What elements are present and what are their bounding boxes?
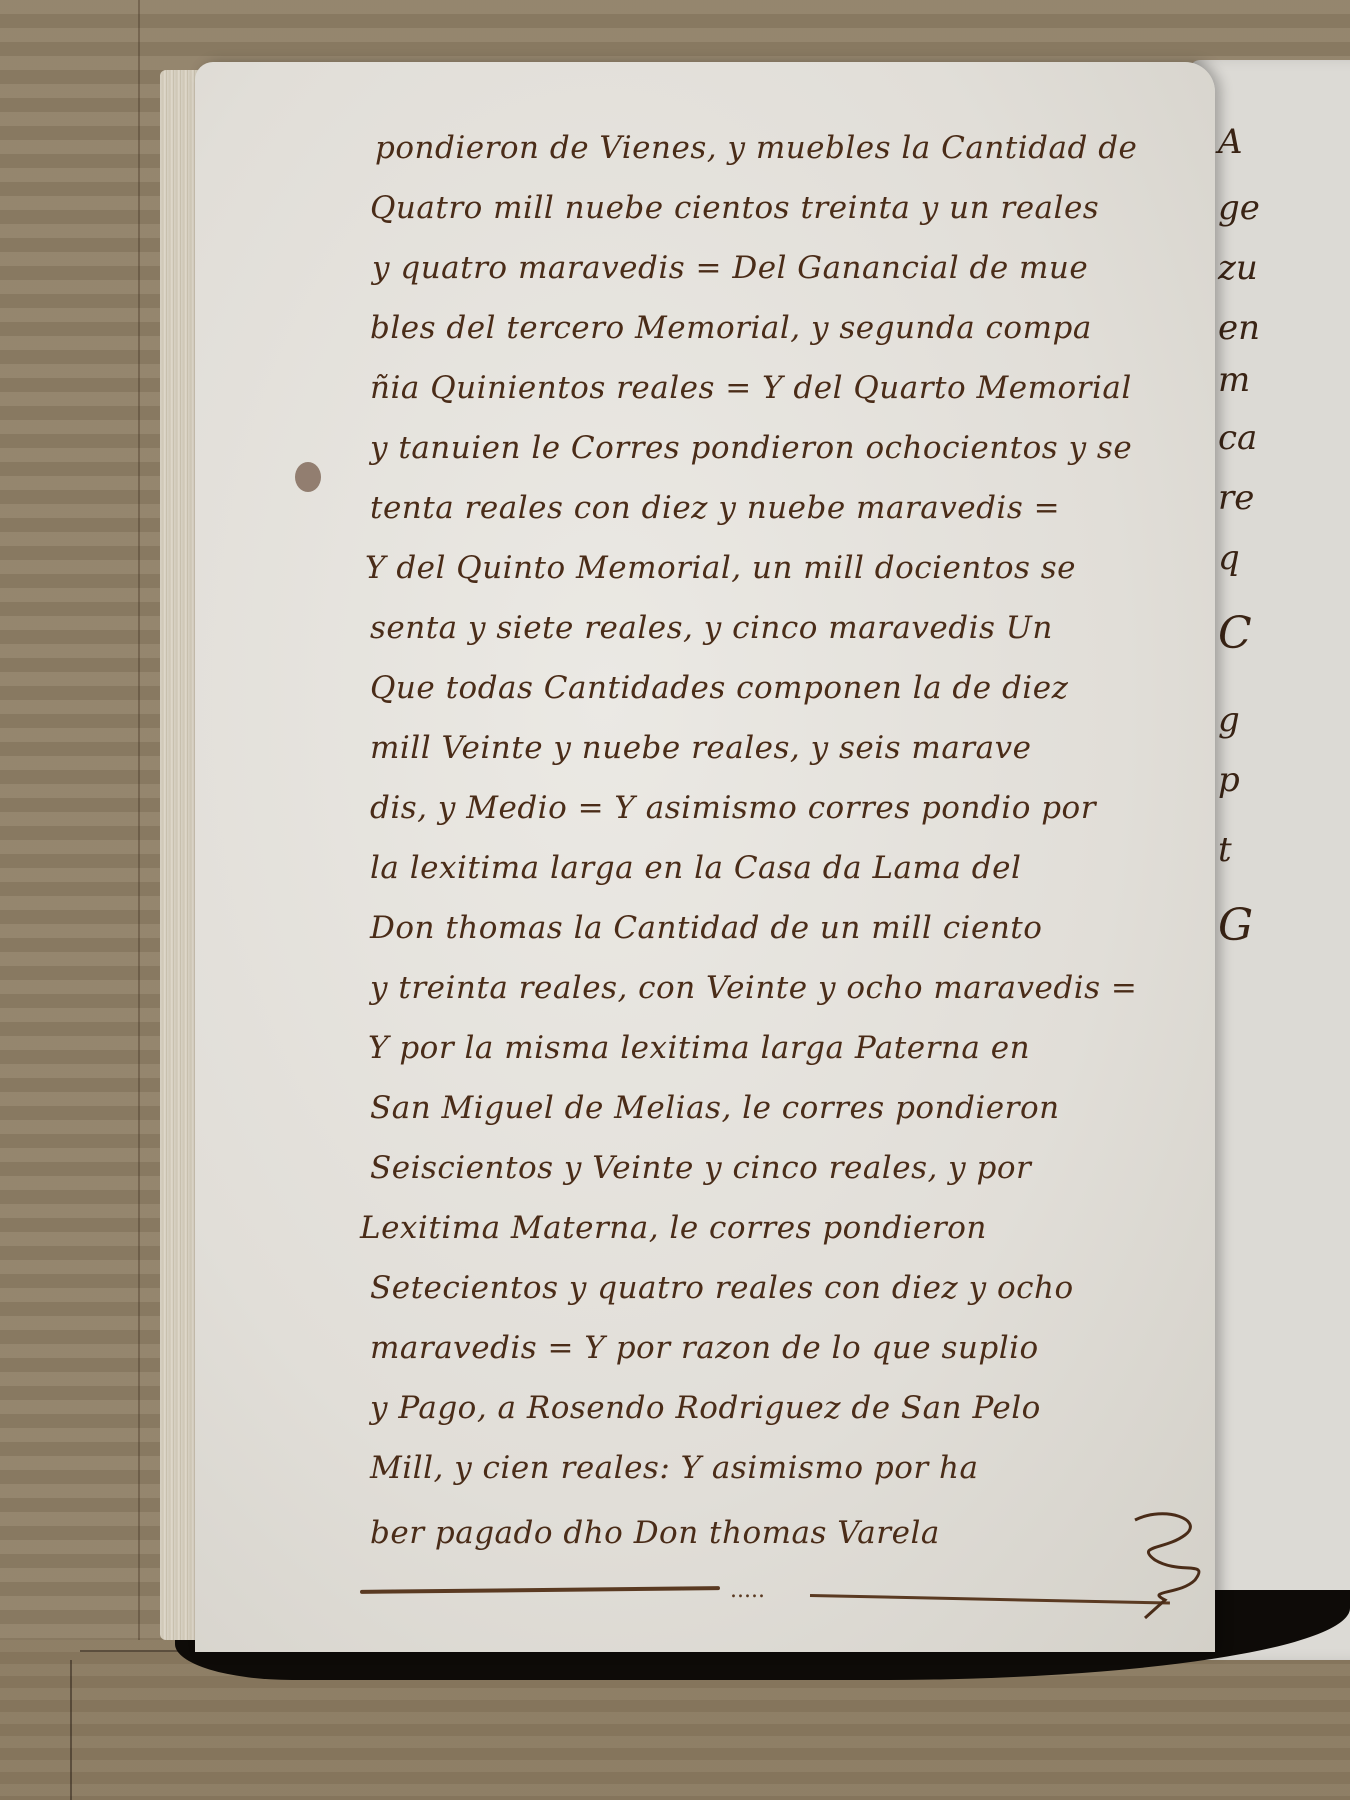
text-line: Y por la misma lexitima larga Paterna en	[368, 1030, 1030, 1066]
text-line: senta y siete reales, y cinco maravedis …	[370, 610, 1053, 646]
text-line: y Pago, a Rosendo Rodriguez de San Pelo	[370, 1390, 1041, 1426]
text-line: Lexitima Materna, le corres pondieron	[360, 1210, 987, 1246]
cardboard-flap-edge-vertical	[70, 1660, 72, 1800]
text-line: y quatro maravedis = Del Ganancial de mu…	[372, 250, 1088, 286]
text-line: tenta reales con diez y nuebe maravedis …	[370, 490, 1060, 526]
text-line: bles del tercero Memorial, y segunda com…	[370, 310, 1092, 346]
facing-page-fragment: re	[1218, 478, 1254, 518]
facing-page-fragment: zu	[1218, 248, 1258, 288]
facing-page-fragment: A	[1218, 122, 1243, 162]
text-line: y tanuien le Corres pondieron ochociento…	[370, 430, 1132, 466]
text-line: ber pagado dho Don thomas Varela	[370, 1515, 940, 1551]
facing-page-fragment: G	[1218, 900, 1253, 951]
text-line: ñia Quinientos reales = Y del Quarto Mem…	[370, 370, 1132, 406]
facing-page-fragment: p	[1218, 760, 1240, 800]
text-line: Mill, y cien reales: Y asimismo por ha	[370, 1450, 979, 1486]
text-line: y treinta reales, con Veinte y ocho mara…	[370, 970, 1137, 1006]
facing-page-fragment: q	[1218, 538, 1240, 578]
text-line: Setecientos y quatro reales con diez y o…	[370, 1270, 1074, 1306]
text-line: la lexitima larga en la Casa da Lama del	[370, 850, 1021, 886]
text-line: Que todas Cantidades componen la de diez	[370, 670, 1068, 706]
facing-page-fragment: C	[1218, 608, 1252, 659]
flourish-rubric-icon	[1125, 1500, 1215, 1620]
text-line: Don thomas la Cantidad de un mill ciento	[370, 910, 1042, 946]
facing-page-fragment: t	[1218, 830, 1232, 870]
text-line: pondieron de Vienes, y muebles la Cantid…	[375, 130, 1137, 166]
facing-page-fragment: g	[1218, 700, 1240, 740]
text-line: mill Veinte y nuebe reales, y seis marav…	[370, 730, 1031, 766]
text-line: dis, y Medio = Y asimismo corres pondio …	[370, 790, 1096, 826]
manuscript-text: pondieron de Vienes, y muebles la Cantid…	[180, 0, 1190, 1600]
text-line: maravedis = Y por razon de lo que suplio	[370, 1330, 1039, 1366]
facing-page-fragment: ca	[1218, 418, 1257, 458]
text-line: Y del Quinto Memorial, un mill docientos…	[365, 550, 1076, 586]
text-line: Seiscientos y Veinte y cinco reales, y p…	[370, 1150, 1031, 1186]
cardboard-seam	[138, 0, 140, 1800]
facing-page-fragment: m	[1218, 360, 1250, 400]
facing-page-fragment: en	[1218, 308, 1260, 348]
text-line: Quatro mill nuebe cientos treinta y un r…	[370, 190, 1099, 226]
text-line: San Miguel de Melias, le corres pondiero…	[370, 1090, 1060, 1126]
closing-rule-dots: .....	[730, 1578, 765, 1603]
facing-page-fragment: ge	[1218, 188, 1260, 228]
